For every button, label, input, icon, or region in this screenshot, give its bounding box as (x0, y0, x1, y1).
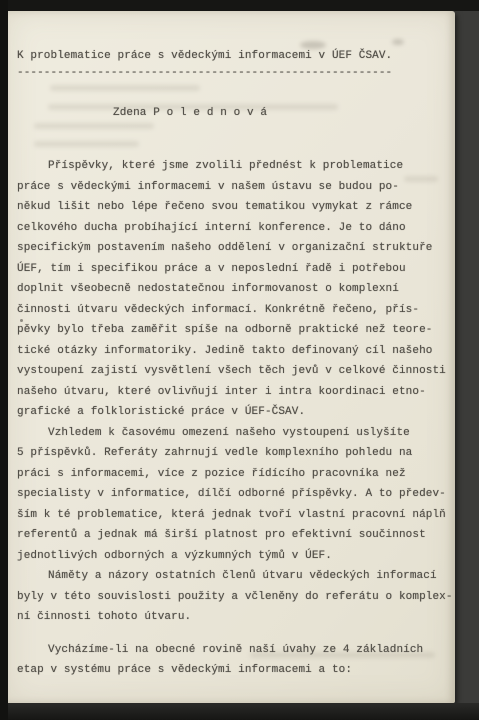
body-line: Náměty a názory ostatních členů útvaru v… (17, 566, 447, 587)
title-underline: ----------------------------------------… (17, 67, 392, 79)
body-line: etap v systému práce s vědeckými informa… (17, 660, 447, 681)
body-line: specialisty v informatice, dílčí odborné… (17, 484, 447, 505)
document-page: K problematice práce s vědeckými informa… (8, 11, 455, 703)
body-line: ším k té problematice, která jednak tvoř… (17, 505, 447, 526)
body-line: práci s informacemi, více z pozice řídíc… (17, 464, 447, 485)
body-line: specifickým postavením našeho oddělení v… (17, 238, 447, 259)
document-body: Příspěvky, které jsme zvolili přednést k… (17, 156, 447, 681)
body-line: tické otázky informatoriky. Jedině takto… (17, 341, 447, 362)
body-line: grafické a folkloristické práce v ÚEF-ČS… (17, 402, 447, 423)
body-line: jednotlivých odborných a výzkumných týmů… (17, 546, 447, 567)
body-line: Příspěvky, které jsme zvolili přednést k… (17, 156, 447, 177)
body-line: celkového ducha probíhající interní konf… (17, 218, 447, 239)
bleed-through-mark (34, 123, 154, 129)
body-line: Vzhledem k časovému omezení našeho vysto… (17, 423, 447, 444)
body-line: pěvky bylo třeba zaměřit spíše na odborn… (17, 320, 447, 341)
body-line: našeho útvaru, které ovlivňují inter i i… (17, 382, 447, 403)
bleed-through-mark (50, 85, 200, 91)
scan-frame-bottom (0, 703, 479, 720)
document-title: K problematice práce s vědeckými informa… (17, 50, 392, 62)
body-line: práce s vědeckými informacemi v našem ús… (17, 177, 447, 198)
body-line: ní činnosti tohoto útvaru. (17, 607, 447, 628)
body-line: ÚEF, tím i specifikou práce a v neposled… (17, 259, 447, 280)
author-name: Zdena P o l e d n o v á (113, 107, 267, 119)
body-line: byly v této souvislosti použity a včleně… (17, 587, 447, 608)
scan-frame-left (0, 0, 8, 720)
body-line: referentů a jednak má širší platnost pro… (17, 525, 447, 546)
body-line: vystoupení zajistí vysvětlení všech těch… (17, 361, 447, 382)
body-line: někud lišit nebo lépe řečeno svou temati… (17, 197, 447, 218)
scan-frame-top (0, 0, 479, 11)
bleed-through-mark (34, 141, 139, 147)
body-line: doplnit všeobecně nedostatečnou informov… (17, 279, 447, 300)
ink-smudge (392, 39, 404, 45)
body-line: Vycházíme-li na obecné rovině naší úvahy… (17, 640, 447, 661)
ink-smudge (300, 41, 326, 49)
scanned-document-view: K problematice práce s vědeckými informa… (0, 0, 479, 720)
body-line: 5 příspěvků. Referáty zahrnují vedle kom… (17, 443, 447, 464)
body-line: činnosti útvaru vědeckých informací. Kon… (17, 300, 447, 321)
